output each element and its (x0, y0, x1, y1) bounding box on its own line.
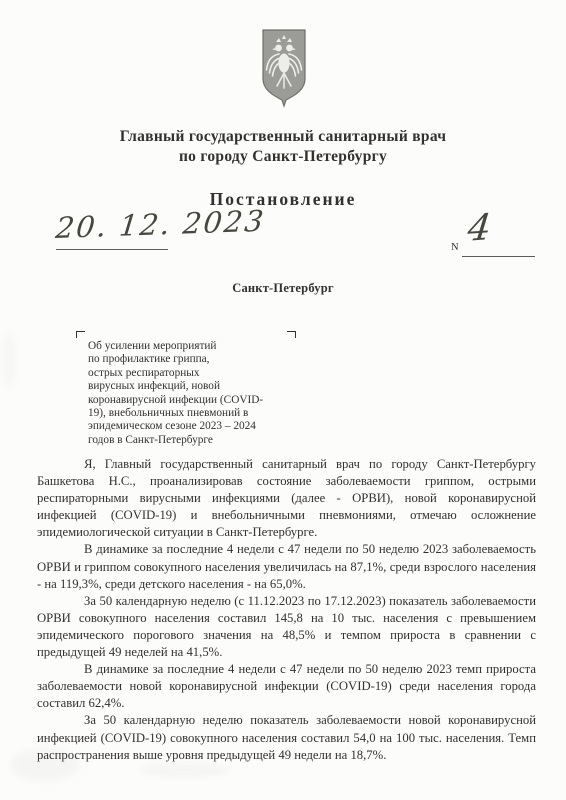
number-underline (462, 256, 535, 257)
number-label: N (451, 242, 460, 253)
subject-block: Об усилении мероприятийпо профилактике г… (88, 340, 293, 447)
subject-line: эпидемическом сезоне 2023 – 2024 (88, 420, 293, 433)
body-paragraph: За 50 календарную неделю (с 11.12.2023 п… (37, 593, 536, 661)
subject-line: по профилактике гриппа, (88, 353, 293, 366)
handwritten-date: 20. 12. 2023 (54, 204, 267, 245)
corner-bracket-right-icon (287, 331, 296, 338)
subject-line: годов в Санкт-Петербурге (88, 434, 293, 447)
corner-bracket-left-icon (76, 331, 85, 338)
subject-line: коронавирусной инфекции (COVID- (88, 394, 293, 407)
date-field: 20. 12. 2023 (54, 211, 224, 250)
authority-line2: по городу Санкт-Петербургу (0, 147, 566, 167)
body-paragraph: Я, Главный государственный санитарный вр… (37, 456, 536, 541)
body-paragraph: В динамике за последние 4 недели с 47 не… (37, 541, 536, 592)
document-body: Я, Главный государственный санитарный вр… (37, 456, 536, 764)
scan-artifact (140, 762, 230, 778)
subject-line: острых респираторных (88, 367, 293, 380)
document-title: Постановление (0, 189, 566, 210)
scan-artifact (2, 330, 16, 390)
issuing-authority-header: Главный государственный санитарный врач … (0, 127, 566, 167)
handwritten-number: 4 (466, 207, 493, 249)
subject-line: Об усилении мероприятий (88, 340, 293, 353)
authority-line1: Главный государственный санитарный врач (0, 127, 566, 147)
body-paragraph: За 50 календарную неделю показатель забо… (37, 712, 536, 763)
scanned-document-page: Главный государственный санитарный врач … (0, 0, 566, 800)
subject-line: вирусных инфекций, новой (88, 380, 293, 393)
body-paragraph: В динамике за последние 4 недели с 47 не… (37, 661, 536, 712)
subject-line: 19), внебольничных пневмоний в (88, 407, 293, 420)
coat-of-arms-icon (259, 27, 309, 109)
date-underline (56, 249, 168, 250)
place-line: Санкт-Петербург (0, 281, 566, 296)
